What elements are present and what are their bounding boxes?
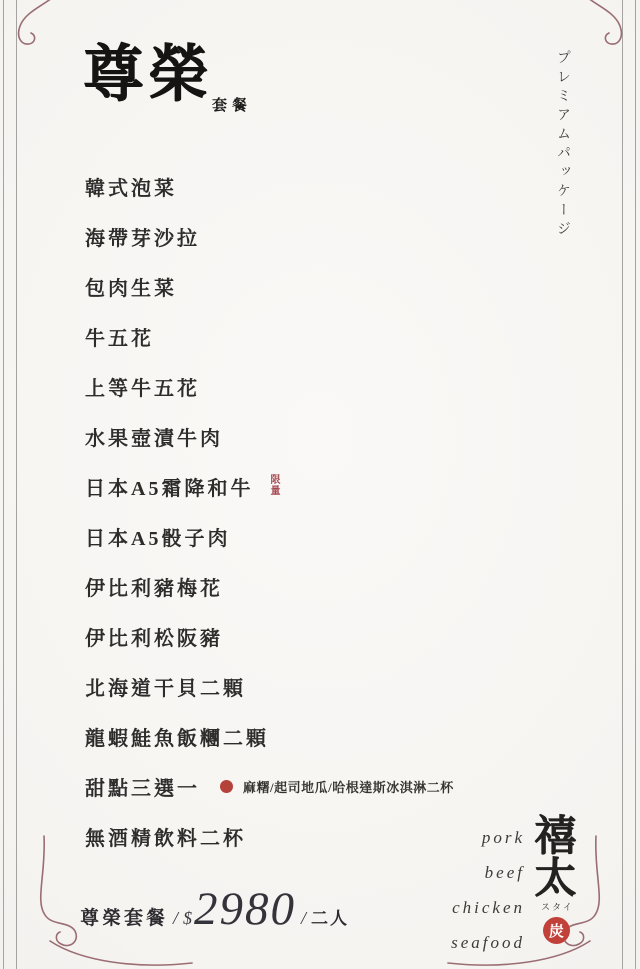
brand-katakana-label: スタイ [541,900,574,913]
price-separator: / [301,908,306,929]
menu-item-label: 韓式泡菜 [85,172,177,201]
menu-item-label: 伊比利松阪豬 [85,622,223,651]
menu-item-row: 日本A5骰子肉 [85,511,565,561]
menu-item-label: 日本A5骰子肉 [85,522,230,551]
menu-item-row: 上等牛五花 [85,361,565,411]
menu-item-list: 韓式泡菜 海帶芽沙拉 包肉生菜 牛五花 上等牛五花 水果壺漬牛肉 日本A5霜降和… [85,161,565,861]
menu-item-label: 甜點三選一 [85,772,200,801]
menu-item-row: 甜點三選一 麻糬/起司地瓜/哈根達斯冰淇淋二杯 [85,761,565,811]
menu-item-row: 韓式泡菜 [85,161,565,211]
category-beef: beef [428,855,525,890]
frame-line-right-inner [622,0,623,969]
brand-logo-calligraphy: 禧太 [529,813,573,913]
corner-flourish-top-left [19,0,52,44]
menu-title-subtitle: 套餐 [212,94,252,115]
corner-flourish-bottom-left-sweep [50,941,192,965]
menu-item-row: 包肉生菜 [85,261,565,311]
set-name: 尊榮套餐 [80,903,168,930]
menu-title: 尊榮 [82,24,212,113]
menu-item-row: 海帶芽沙拉 [85,211,565,261]
price-amount: 2980 [194,886,296,933]
price-per-persons: 二人 [311,904,349,929]
menu-page: { "header": { "title": "尊榮", "subtitle":… [0,0,640,969]
frame-line-left-inner [16,0,17,969]
category-seafood: seafood [428,925,525,960]
charcoal-seal-stamp: 炭 [543,917,570,944]
menu-item-label: 伊比利豬梅花 [85,572,223,601]
price-separator: / [173,908,178,929]
protein-category-list: pork beef chicken seafood [428,820,525,960]
menu-item-row: 伊比利豬梅花 [85,561,565,611]
dessert-options-note: 麻糬/起司地瓜/哈根達斯冰淇淋二杯 [243,777,454,796]
menu-item-row: 日本A5霜降和牛 限量 [85,461,565,511]
limited-quantity-badge: 限量 [267,474,279,496]
corner-flourish-top-right [588,0,621,44]
menu-item-label: 牛五花 [85,322,154,351]
red-dot-icon [220,780,233,793]
charcoal-seal-character: 炭 [549,920,564,941]
category-pork: pork [428,820,525,855]
category-chicken: chicken [428,890,525,925]
corner-flourish-bottom-left [41,836,77,946]
currency-symbol: $ [183,908,192,929]
menu-item-row: 伊比利松阪豬 [85,611,565,661]
menu-item-label: 海帶芽沙拉 [85,222,200,251]
frame-line-right-outer [635,0,636,969]
menu-item-row: 水果壺漬牛肉 [85,411,565,461]
menu-item-label: 上等牛五花 [85,372,200,401]
frame-line-left-outer [3,0,4,969]
menu-item-label: 水果壺漬牛肉 [85,422,223,451]
menu-item-label: 無酒精飲料二杯 [85,822,246,851]
menu-item-row: 龍蝦鮭魚飯糰二顆 [85,711,565,761]
menu-item-label: 北海道干貝二顆 [85,672,246,701]
menu-item-row: 牛五花 [85,311,565,361]
set-price-line: 尊榮套餐 / $ 2980 / 二人 [80,886,349,933]
menu-item-label: 日本A5霜降和牛 [85,472,253,501]
menu-item-label: 龍蝦鮭魚飯糰二顆 [85,722,269,751]
menu-item-row: 北海道干貝二顆 [85,661,565,711]
menu-item-label: 包肉生菜 [85,272,177,301]
